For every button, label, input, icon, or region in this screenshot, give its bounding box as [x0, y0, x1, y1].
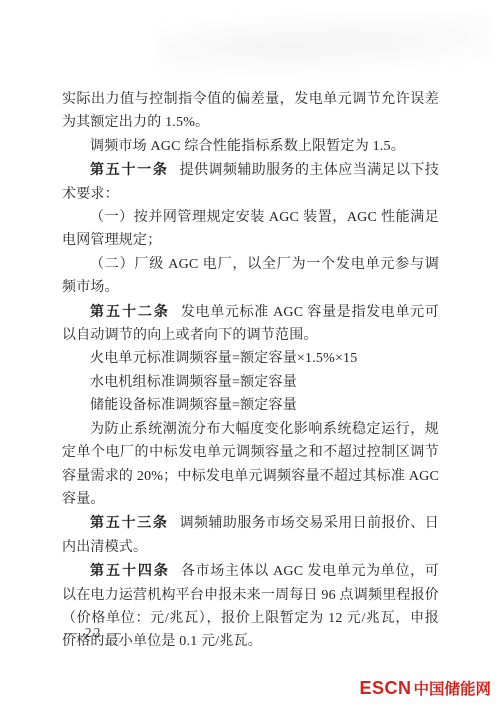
logo-text-en: ESCN [359, 678, 411, 698]
formula-line: 水电机组标准调频容量=额定容量 [62, 371, 439, 394]
paragraph-text: 实际出力值与控制指令值的偏差量，发电单元调节允许误差为其额定出力的 1.5%。 [62, 92, 439, 130]
paragraph-text: 为防止系统潮流分布大幅度变化影响系统稳定运行，规定单个电厂的中标发电单元调频容量… [62, 422, 439, 507]
formula-text: 储能设备标准调频容量=额定容量 [90, 398, 297, 413]
document-page: 实际出力值与控制指令值的偏差量，发电单元调节允许误差为其额定出力的 1.5%。 … [0, 0, 500, 706]
scan-artifact [160, 12, 490, 74]
article-number: 第五十四条 [90, 562, 170, 578]
escn-logo: ESCN中国储能网 [359, 679, 491, 699]
article-number: 第五十二条 [90, 303, 170, 319]
paragraph: 实际出力值与控制指令值的偏差量，发电单元调节允许误差为其额定出力的 1.5%。 [62, 88, 439, 135]
document-body: 实际出力值与控制指令值的偏差量，发电单元调节允许误差为其额定出力的 1.5%。 … [62, 88, 439, 654]
paragraph: （二）厂级 AGC 电厂，以全厂为一个发电单元参与调频市场。 [62, 253, 439, 300]
paragraph-text: （一）按并网管理规定安装 AGC 装置，AGC 性能满足电网管理规定； [62, 210, 439, 248]
article-number: 第五十一条 [90, 161, 169, 177]
formula-text: 水电机组标准调频容量=额定容量 [90, 375, 297, 390]
logo-text-cn: 中国储能网 [413, 681, 491, 698]
paragraph-text: （二）厂级 AGC 电厂，以全厂为一个发电单元参与调频市场。 [62, 257, 439, 295]
paragraph: 调频市场 AGC 综合性能指标系数上限暂定为 1.5。 [62, 135, 439, 158]
paragraph-text: 调频市场 AGC 综合性能指标系数上限暂定为 1.5。 [90, 139, 405, 154]
formula-line: 储能设备标准调频容量=额定容量 [62, 394, 439, 417]
article-number: 第五十三条 [90, 514, 169, 530]
article-paragraph: 第五十二条发电单元标准 AGC 容量是指发电单元可以自动调节的向上或者向下的调节… [62, 300, 439, 348]
article-paragraph: 第五十三条调频辅助服务市场交易采用日前报价、日内出清模式。 [62, 511, 439, 559]
paragraph: （一）按并网管理规定安装 AGC 装置，AGC 性能满足电网管理规定； [62, 206, 439, 253]
article-paragraph: 第五十一条提供调频辅助服务的主体应当满足以下技术要求： [62, 158, 439, 206]
paragraph: 为防止系统潮流分布大幅度变化影响系统稳定运行，规定单个电厂的中标发电单元调频容量… [62, 418, 439, 512]
formula-line: 火电单元标准调频容量=额定容量×1.5%×15 [62, 347, 439, 370]
page-number: — 22 — [64, 625, 123, 641]
formula-text: 火电单元标准调频容量=额定容量×1.5%×15 [90, 351, 357, 366]
